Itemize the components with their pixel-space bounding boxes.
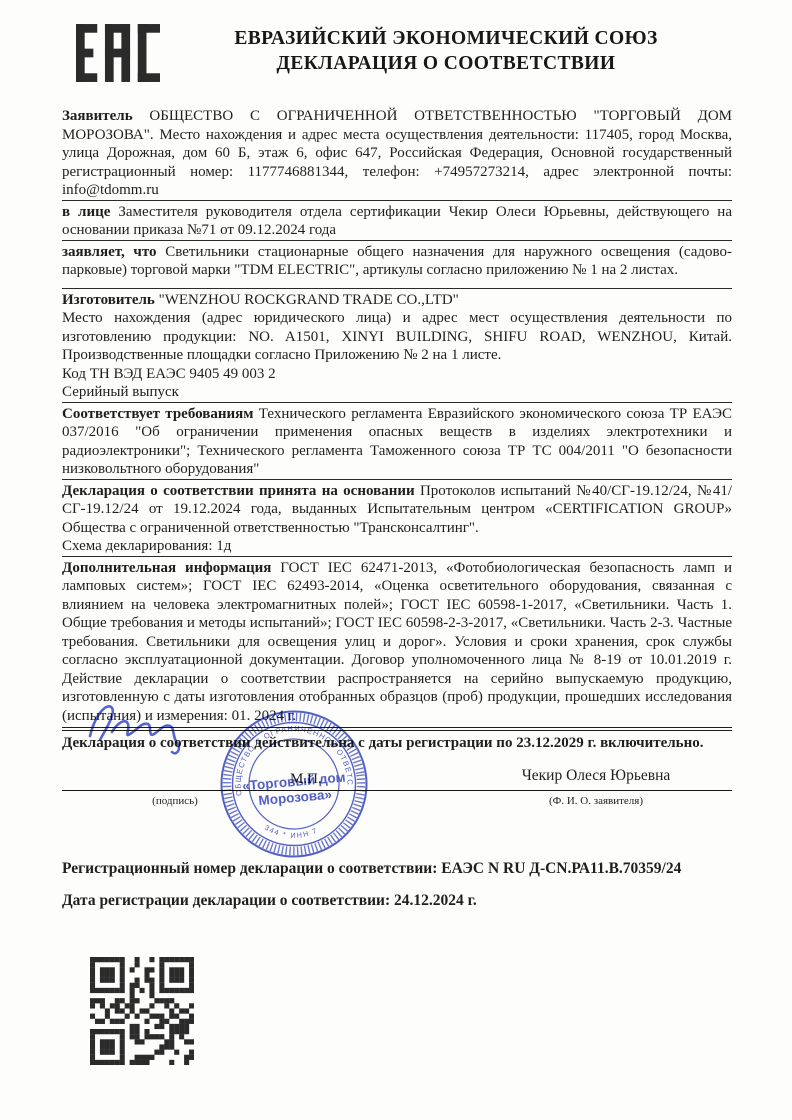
registration-date-label: Дата регистрации декларации о соответств… bbox=[62, 892, 390, 909]
signature-block: (подпись) М.П. Чекир Олеся Юрьевна (Ф. И… bbox=[62, 754, 732, 814]
production-type: Серийный выпуск bbox=[62, 383, 732, 402]
basis-paragraph: Декларация о соответствии принята на осн… bbox=[62, 482, 732, 538]
signature-line bbox=[62, 790, 732, 791]
manufacturer-address: Место нахождения (адрес юридического лиц… bbox=[62, 309, 732, 365]
qr-code bbox=[90, 957, 194, 1065]
tn-ved-code: Код ТН ВЭД ЕАЭС 9405 49 003 2 bbox=[62, 365, 732, 384]
declaration-document: ЕВРАЗИЙСКИЙ ЭКОНОМИЧЕСКИЙ СОЮЗ ДЕКЛАРАЦИ… bbox=[0, 0, 792, 1120]
document-title: ЕВРАЗИЙСКИЙ ЭКОНОМИЧЕСКИЙ СОЮЗ ДЕКЛАРАЦИ… bbox=[160, 24, 732, 76]
applicant-paragraph: Заявитель ОБЩЕСТВО С ОГРАНИЧЕННОЙ ОТВЕТС… bbox=[62, 107, 732, 200]
registration-number-value: ЕАЭС N RU Д-CN.РА11.В.70359/24 bbox=[437, 860, 681, 877]
registration-date-line: Дата регистрации декларации о соответств… bbox=[62, 892, 732, 911]
section-declares: заявляет, что Светильники стационарные о… bbox=[62, 240, 732, 280]
registration-number-label: Регистрационный номер декларации о соотв… bbox=[62, 860, 437, 877]
manufacturer-label: Изготовитель bbox=[62, 292, 155, 308]
section-representative: в лице Заместителя руководителя отдела с… bbox=[62, 200, 732, 240]
registration-date-value: 24.12.2024 г. bbox=[390, 892, 477, 909]
declares-text: Светильники стационарные общего назначен… bbox=[62, 244, 732, 279]
section-manufacturer: Изготовитель "WENZHOU ROCKGRAND TRADE CO… bbox=[62, 288, 732, 402]
declaration-scheme: Схема декларирования: 1д bbox=[62, 537, 732, 556]
declares-label: заявляет, что bbox=[62, 244, 157, 260]
title-line-declaration: ДЕКЛАРАЦИЯ О СООТВЕТСТВИИ bbox=[160, 51, 732, 76]
representative-text: Заместителя руководителя отдела сертифик… bbox=[62, 204, 732, 239]
compliance-label: Соответствует требованиям bbox=[62, 406, 253, 422]
signer-name-caption: (Ф. И. О. заявителя) bbox=[480, 795, 712, 807]
additional-info-label: Дополнительная информация bbox=[62, 560, 271, 576]
eac-logo bbox=[76, 24, 160, 87]
signer-name: Чекир Олеся Юрьевна bbox=[480, 767, 712, 785]
company-stamp: ОБЩЕСТВО С ОГРАНИЧЕННОЙ ОТВЕТСТВЕННОСТЬЮ… bbox=[219, 709, 369, 859]
manufacturer-name: "WENZHOU ROCKGRAND TRADE CO.,LTD" bbox=[155, 292, 459, 308]
svg-text:344 * ИНН 7: 344 * ИНН 7 bbox=[262, 816, 320, 845]
compliance-paragraph: Соответствует требованиям Технического р… bbox=[62, 405, 732, 479]
handwritten-signature bbox=[82, 694, 232, 760]
registration-number-line: Регистрационный номер декларации о соотв… bbox=[62, 860, 732, 879]
section-basis: Декларация о соответствии принята на осн… bbox=[62, 479, 732, 556]
stamp-ring-text-bottom: 344 * ИНН 7 bbox=[262, 816, 320, 845]
applicant-text: ОБЩЕСТВО С ОГРАНИЧЕННОЙ ОТВЕТСТВЕННОСТЬЮ… bbox=[62, 108, 732, 198]
title-line-union: ЕВРАЗИЙСКИЙ ЭКОНОМИЧЕСКИЙ СОЮЗ bbox=[160, 26, 732, 51]
declares-paragraph: заявляет, что Светильники стационарные о… bbox=[62, 243, 732, 280]
manufacturer-name-line: Изготовитель "WENZHOU ROCKGRAND TRADE CO… bbox=[62, 291, 732, 310]
representative-label: в лице bbox=[62, 204, 110, 220]
section-compliance: Соответствует требованиям Технического р… bbox=[62, 402, 732, 479]
applicant-label: Заявитель bbox=[62, 108, 133, 124]
representative-paragraph: в лице Заместителя руководителя отдела с… bbox=[62, 203, 732, 240]
section-applicant: Заявитель ОБЩЕСТВО С ОГРАНИЧЕННОЙ ОТВЕТС… bbox=[62, 107, 732, 200]
basis-label: Декларация о соответствии принята на осн… bbox=[62, 483, 415, 499]
document-header: ЕВРАЗИЙСКИЙ ЭКОНОМИЧЕСКИЙ СОЮЗ ДЕКЛАРАЦИ… bbox=[62, 0, 732, 87]
